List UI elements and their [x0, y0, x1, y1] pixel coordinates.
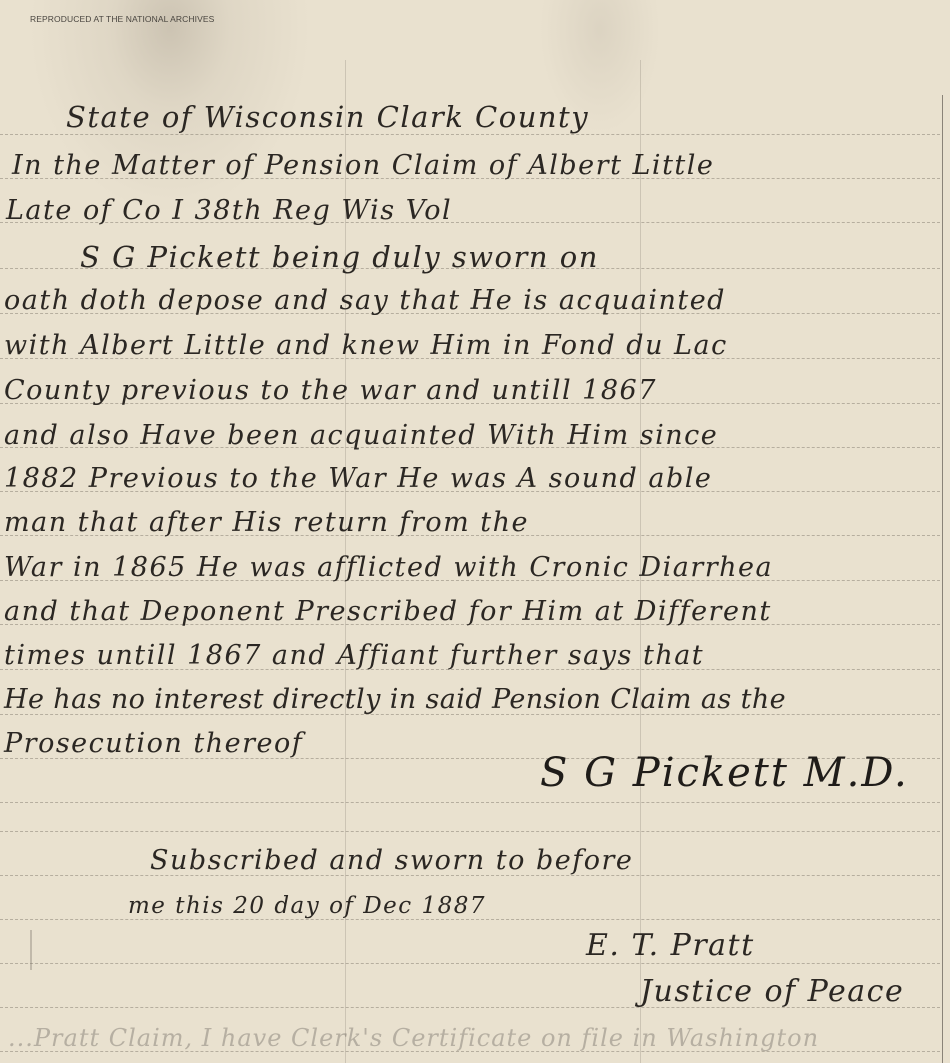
document-page: REPRODUCED AT THE NATIONAL ARCHIVES Stat… — [0, 0, 950, 1063]
text-line-8: 1882 Previous to the War He was A sound … — [4, 463, 712, 494]
text-line-6: County previous to the war and untill 18… — [4, 375, 657, 406]
margin-pencil-mark — [30, 930, 46, 970]
archive-stamp: REPRODUCED AT THE NATIONAL ARCHIVES — [30, 14, 214, 24]
heading-state-county: State of Wisconsin Clark County — [66, 100, 589, 134]
text-line-13: He has no interest directly in said Pens… — [4, 684, 786, 715]
faint-margin-note: ...Pratt Claim, I have Clerk's Certifica… — [8, 1024, 819, 1052]
ruled-line — [0, 831, 940, 832]
ruled-line — [0, 134, 940, 135]
text-line-10: War in 1865 He was afflicted with Cronic… — [4, 552, 773, 583]
text-line-11: and that Deponent Prescribed for Him at … — [4, 596, 772, 627]
ruled-line — [0, 963, 940, 964]
jurat-line-2: me this 20 day of Dec 1887 — [128, 893, 486, 919]
text-line-14: Prosecution thereof — [4, 728, 303, 759]
ruled-line — [0, 919, 940, 920]
affiant-signature: S G Pickett M.D. — [540, 750, 909, 796]
ruled-line — [0, 802, 940, 803]
text-line-7: and also Have been acquainted With Him s… — [4, 420, 718, 451]
text-line-12: times untill 1867 and Affiant further sa… — [4, 640, 704, 671]
text-line-4: oath doth depose and say that He is acqu… — [4, 285, 726, 316]
text-line-1: In the Matter of Pension Claim of Albert… — [12, 150, 714, 181]
text-line-9: man that after His return from the — [4, 507, 529, 538]
official-signature: E. T. Pratt — [586, 928, 755, 963]
text-line-2: Late of Co I 38th Reg Wis Vol — [6, 195, 452, 226]
page-edge-rule — [942, 95, 943, 1063]
official-title: Justice of Peace — [640, 974, 904, 1009]
text-line-5: with Albert Little and knew Him in Fond … — [4, 330, 728, 361]
text-line-3: S G Pickett being duly sworn on — [80, 240, 599, 274]
jurat-line-1: Subscribed and sworn to before — [150, 845, 633, 876]
